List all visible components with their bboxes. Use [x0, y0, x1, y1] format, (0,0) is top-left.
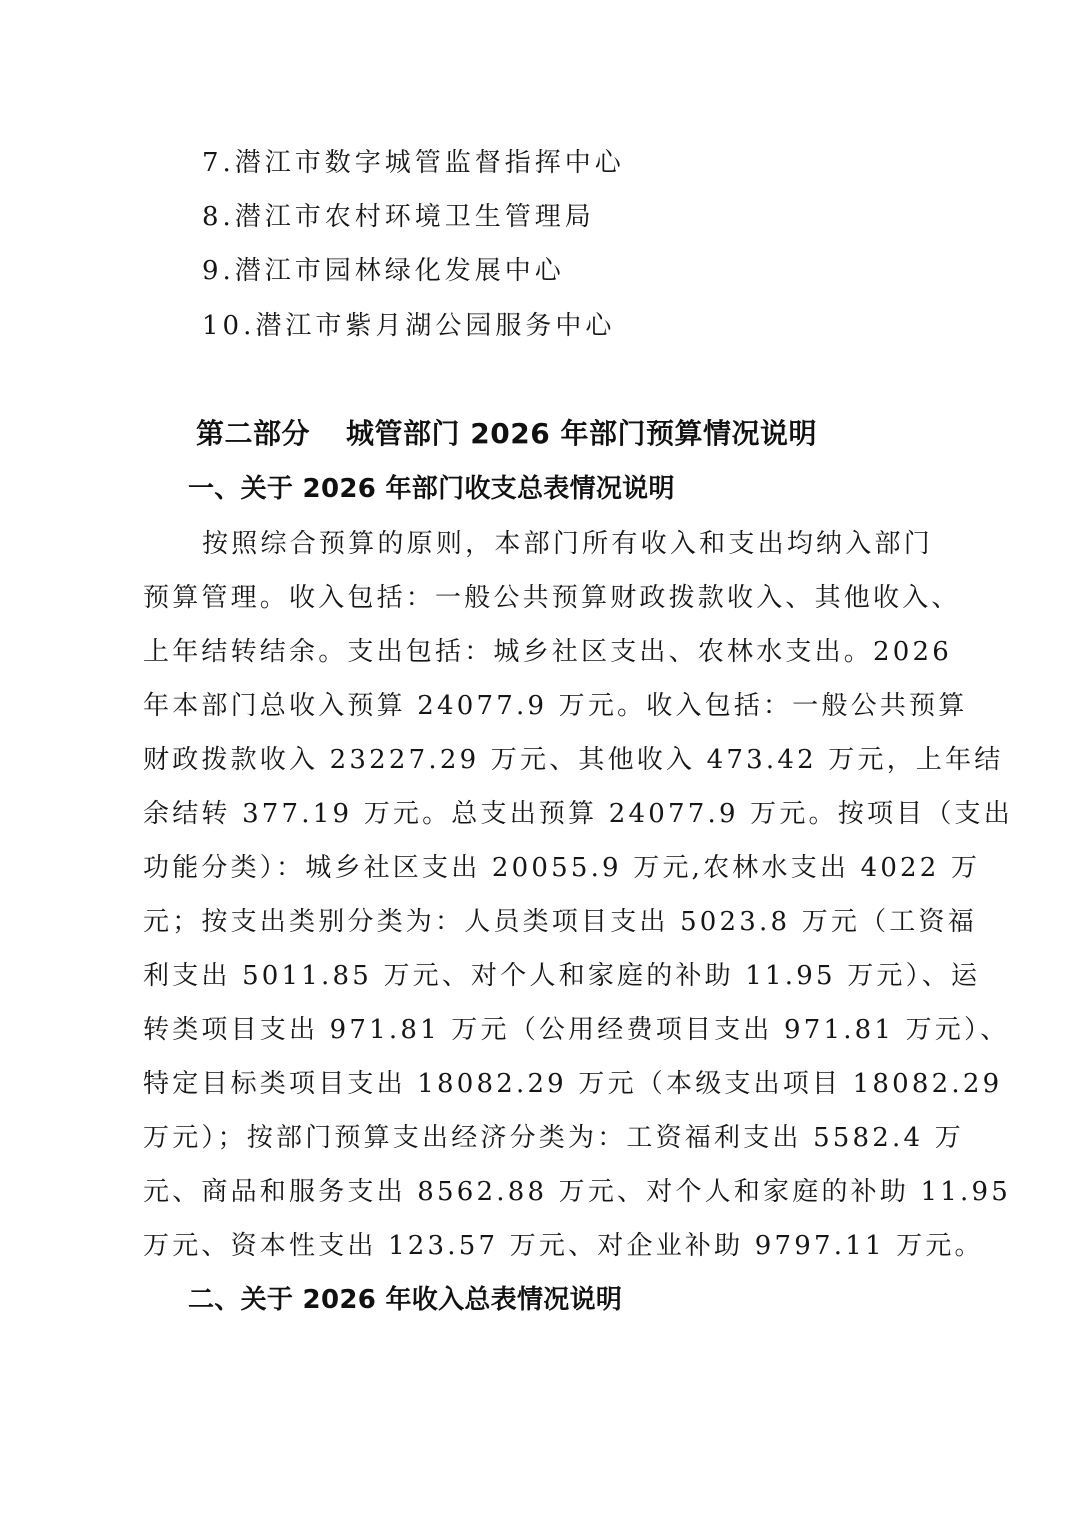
paragraph-line: 余结转 377.19 万元。总支出预算 24077.9 万元。按项目（支出: [143, 797, 933, 831]
paragraph-line: 元、商品和服务支出 8562.88 万元、对个人和家庭的补助 11.95: [143, 1175, 933, 1209]
paragraph-line: 财政拨款收入 23227.29 万元、其他收入 473.42 万元，上年结: [143, 743, 933, 777]
part-title: 第二部分城管部门 2026 年部门预算情况说明: [196, 414, 817, 454]
list-item-unit-10: 10.潜江市紫月湖公园服务中心: [202, 309, 615, 343]
paragraph-line: 上年结转结余。支出包括：城乡社区支出、农林水支出。2026: [143, 635, 933, 669]
paragraph-line: 功能分类）：城乡社区支出 20055.9 万元,农林水支出 4022 万: [143, 851, 933, 885]
paragraph-line: 转类项目支出 971.81 万元（公用经费项目支出 971.81 万元）、: [143, 1013, 933, 1047]
paragraph-line: 年本部门总收入预算 24077.9 万元。收入包括：一般公共预算: [143, 689, 933, 723]
part-title-text: 城管部门 2026 年部门预算情况说明: [346, 417, 817, 450]
paragraph-line: 预算管理。收入包括：一般公共预算财政拨款收入、其他收入、: [143, 581, 933, 615]
paragraph-line: 元；按支出类别分类为：人员类项目支出 5023.8 万元（工资福: [143, 905, 933, 939]
paragraph-line: 特定目标类项目支出 18082.29 万元（本级支出项目 18082.29: [143, 1067, 933, 1101]
section-2-heading: 二、关于 2026 年收入总表情况说明: [188, 1282, 622, 1318]
paragraph-line: 利支出 5011.85 万元、对个人和家庭的补助 11.95 万元）、运: [143, 959, 933, 993]
list-item-unit-7: 7.潜江市数字城管监督指挥中心: [202, 146, 625, 180]
paragraph-line: 万元）；按部门预算支出经济分类为：工资福利支出 5582.4 万: [143, 1121, 933, 1155]
document-page: 7.潜江市数字城管监督指挥中心 8.潜江市农村环境卫生管理局 9.潜江市园林绿化…: [0, 0, 1074, 1520]
paragraph-line: 万元、资本性支出 123.57 万元、对企业补助 9797.11 万元。: [143, 1229, 933, 1263]
section-1-heading: 一、关于 2026 年部门收支总表情况说明: [188, 471, 675, 507]
paragraph-line: 按照综合预算的原则，本部门所有收入和支出均纳入部门: [202, 527, 933, 561]
list-item-unit-9: 9.潜江市园林绿化发展中心: [202, 254, 565, 288]
part-label: 第二部分: [196, 417, 310, 450]
list-item-unit-8: 8.潜江市农村环境卫生管理局: [202, 200, 595, 234]
